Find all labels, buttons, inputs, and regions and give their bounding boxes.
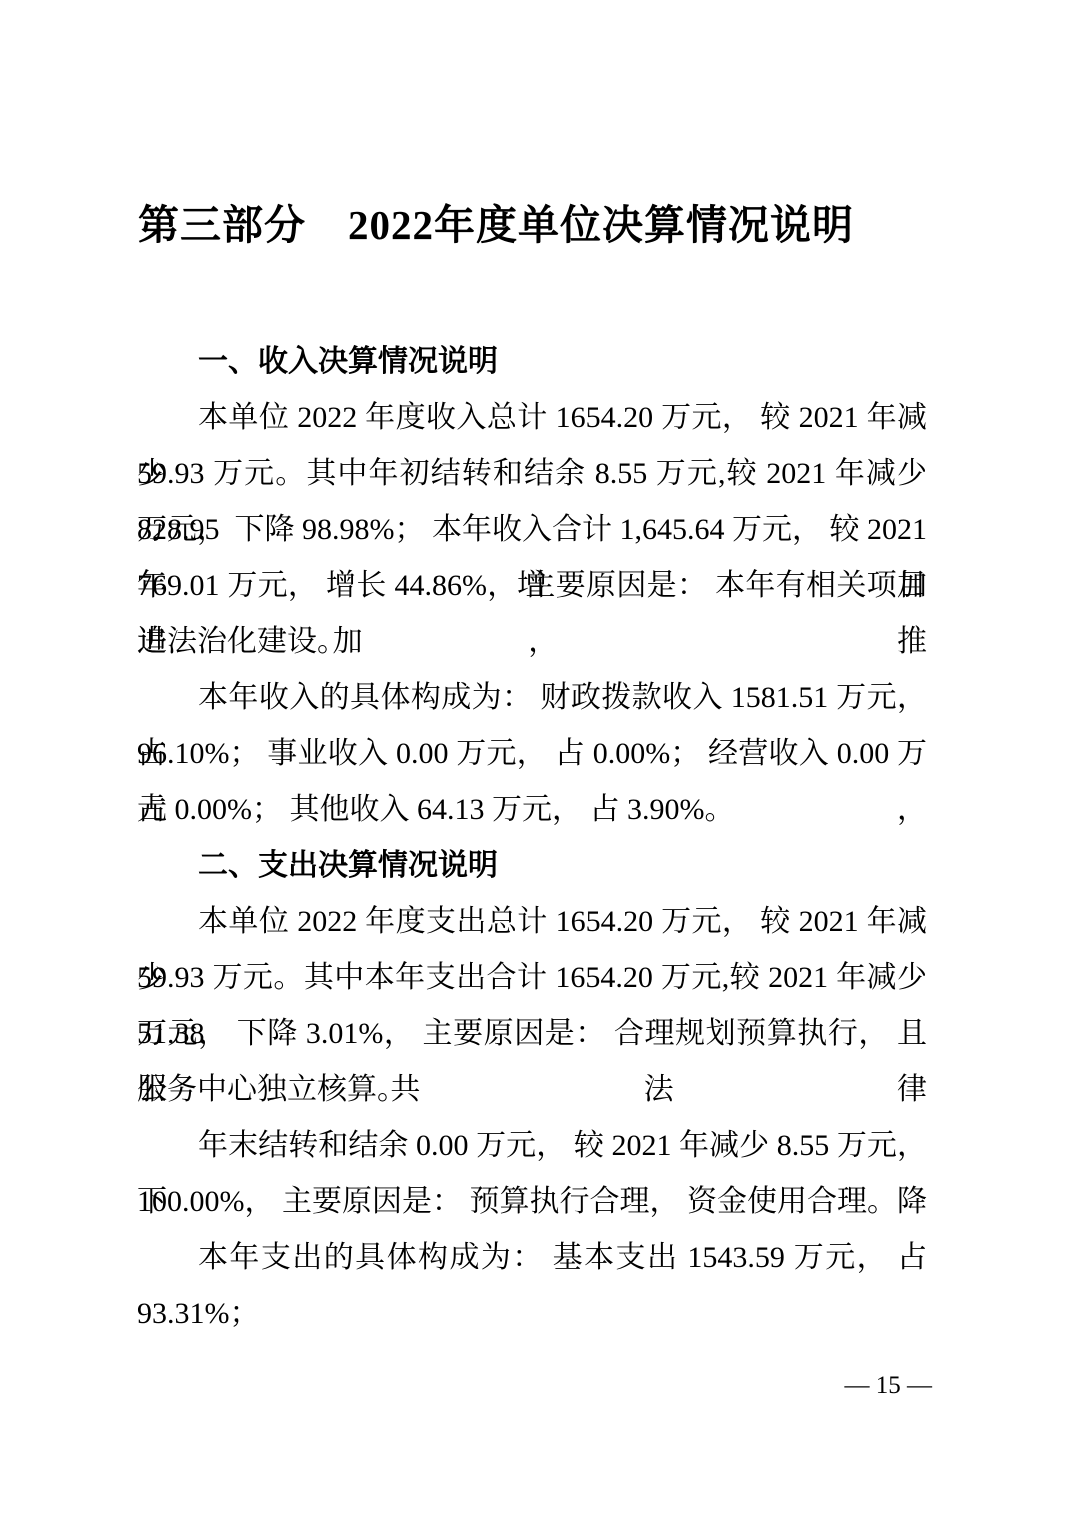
text-line: 本单位 2022 年度支出总计 1654.20 万元， 较 2021 年减少 — [137, 894, 927, 950]
text-line: 本单位 2022 年度收入总计 1654.20 万元， 较 2021 年减少 — [137, 390, 927, 446]
text-line: 96.10%； 事业收入 0.00 万元， 占 0.00%； 经营收入 0.00… — [137, 726, 927, 782]
document-title: 第三部分 2022年度单位决算情况说明 — [138, 197, 854, 253]
document-page: 第三部分 2022年度单位决算情况说明 一、收入决算情况说明 本单位 2022 … — [0, 0, 1074, 1520]
text-line: 59.93 万元。其中本年支出合计 1654.20 万元,较 2021 年减少 … — [137, 950, 927, 1006]
document-body: 一、收入决算情况说明 本单位 2022 年度收入总计 1654.20 万元， 较… — [137, 334, 927, 1286]
text-line: 59.93 万元。其中年初结转和结余 8.55 万元,较 2021 年减少 82… — [137, 446, 927, 502]
text-line: 769.01 万元， 增长 44.86%， 主要原因是： 本年有相关项目追加， … — [137, 558, 927, 614]
text-line: 万元， 下降 98.98%； 本年收入合计 1,645.64 万元， 较 202… — [137, 502, 927, 558]
page-number: — 15 — — [845, 1371, 933, 1401]
text-line: 本年支出的具体构成为： 基本支出 1543.59 万元， 占 93.31%； — [137, 1230, 927, 1286]
section-heading-income: 一、收入决算情况说明 — [137, 334, 927, 390]
text-line: 本年收入的具体构成为： 财政拨款收入 1581.51 万元， 占 — [137, 670, 927, 726]
text-line: 年末结转和结余 0.00 万元， 较 2021 年减少 8.55 万元， 下降 — [137, 1118, 927, 1174]
text-line: 万元， 下降 3.01%， 主要原因是： 合理规划预算执行， 且公共法律 — [137, 1006, 927, 1062]
section-heading-expense: 二、支出决算情况说明 — [137, 838, 927, 894]
text-line: 100.00%， 主要原因是： 预算执行合理， 资金使用合理。 — [137, 1174, 927, 1230]
